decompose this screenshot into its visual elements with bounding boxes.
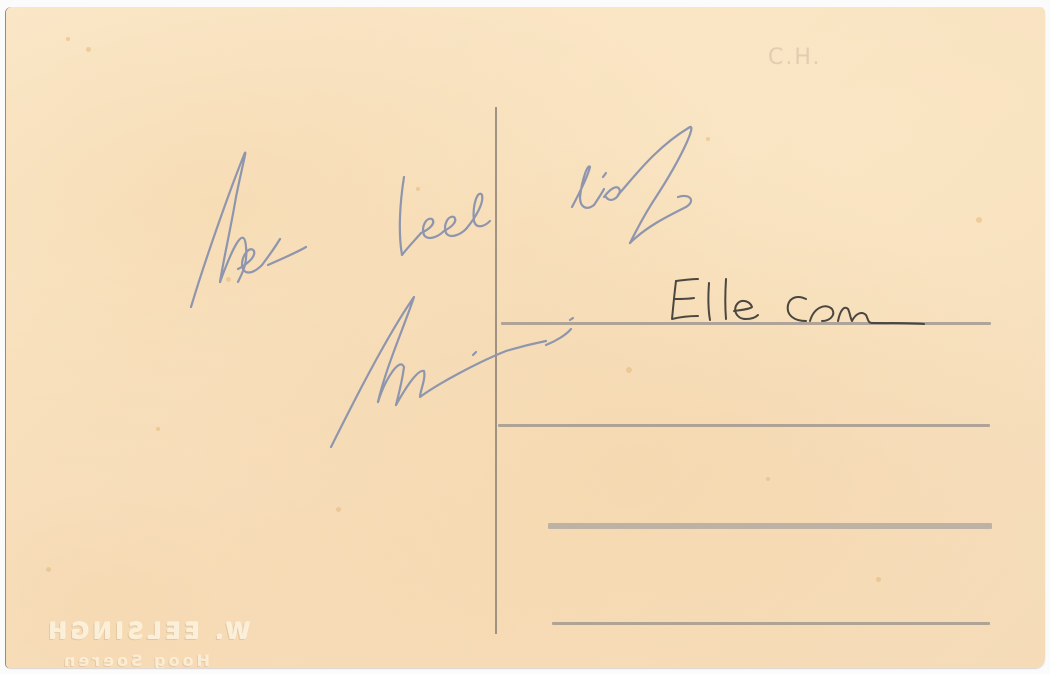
pencil-note: C.H.: [768, 45, 822, 70]
publisher-emboss-name: W. EELSINGH: [44, 620, 249, 645]
paper-speck: [766, 477, 770, 481]
address-line-4: [552, 622, 990, 625]
address-line-2: [498, 424, 990, 427]
address-line-1: [501, 322, 991, 325]
address-ink: [672, 279, 924, 324]
publisher-emboss-place: Hoog Soeren: [61, 651, 210, 668]
postcard-scan: C.H.: [0, 0, 1050, 674]
message-address-divider: [495, 107, 497, 634]
postcard-back: C.H.: [6, 7, 1045, 668]
paper-speck: [626, 367, 632, 373]
message-signature: Mini: [6, 7, 7, 8]
paper-speck: [416, 187, 420, 191]
paper-speck: [226, 277, 231, 282]
paper-speck: [156, 427, 160, 431]
paper-speck: [876, 577, 881, 582]
paper-speck: [336, 507, 341, 512]
message-ink: [191, 127, 691, 447]
paper-speck: [976, 217, 982, 223]
address-line-3: [548, 523, 992, 529]
message-line-1: Met veel liefs: [6, 7, 7, 8]
paper-speck: [46, 567, 51, 572]
paper-speck: [86, 47, 91, 52]
paper-speck: [706, 137, 710, 141]
handwriting-layer: [6, 7, 1045, 668]
paper-speck: [66, 37, 70, 41]
address-text-line-1: Ellecom: [6, 7, 7, 8]
